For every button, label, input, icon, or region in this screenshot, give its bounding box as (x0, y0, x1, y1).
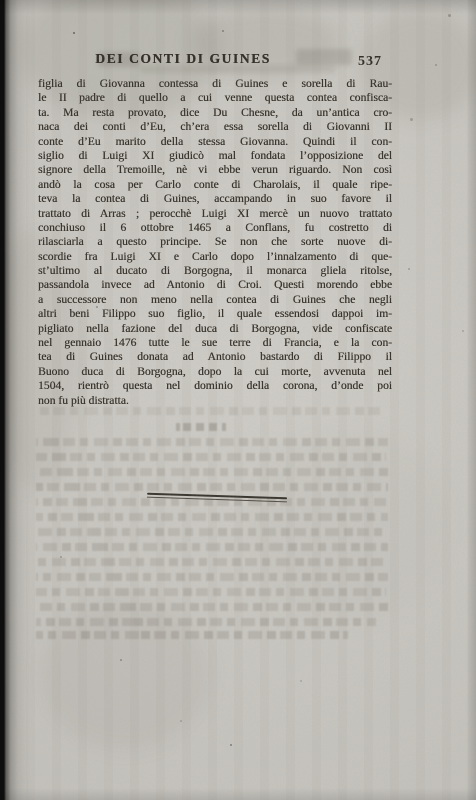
text-line: trattato di Arras ; perocchè Luigi XI me… (38, 207, 392, 221)
paper-speck (230, 744, 232, 746)
text-line: le II padre di quello a cui venne questa… (38, 91, 392, 105)
bleed-through-line (36, 513, 388, 521)
page-edge-shadow-top (0, 0, 476, 14)
text-line: passandola invece ad Antonio di Croi. Qu… (38, 278, 392, 292)
text-line: scordie fra Luigi XI e Carlo dopo l’inna… (38, 250, 392, 264)
text-line: siglio di Luigi XI giudicò mal fondata l… (38, 149, 392, 163)
text-line: Buono duca di Borgogna, dopo la cui mort… (38, 365, 392, 379)
bleed-through-line (36, 528, 386, 536)
text-line: ta. Ma resta provato, dice Du Chesne, da… (38, 106, 392, 120)
paper-speck (408, 268, 410, 270)
text-line: conchiuso il 6 ottobre 1465 a Conflans, … (38, 221, 392, 235)
text-line: altri beni Filippo suo figlio, il quale … (38, 307, 392, 321)
paper-speck (73, 32, 75, 34)
text-line: pigliato nella fazione del duca di Borgo… (38, 322, 392, 336)
paper-speck (410, 118, 413, 121)
bleed-through-line (36, 453, 386, 461)
paper-speck (222, 30, 224, 32)
text-line: non fu più distratta. (38, 394, 392, 408)
bleed-through-line (36, 438, 388, 446)
text-line: naca dei conti d’Eu, ch’era essa sorella… (38, 120, 392, 134)
text-line: tea di Guines donata ad Antonio bastardo… (38, 350, 392, 364)
bleed-through-heading (176, 423, 226, 431)
text-line: st’ultimo al ducato di Borgogna, il mona… (38, 264, 392, 278)
paper-speck (435, 64, 437, 66)
text-line: nel gennaio 1476 tutte le sue terre di F… (38, 336, 392, 350)
bleed-through-line (36, 603, 388, 611)
text-line: andò la cosa per Carlo conte di Charolai… (38, 178, 392, 192)
paper-speck (462, 330, 464, 332)
bleed-through-line (36, 588, 386, 596)
text-line: signore della Tremoille, nè vi ebbe veru… (38, 163, 392, 177)
text-line: 1504, rientrò questa nel dominio della c… (38, 379, 392, 393)
paper-speck (60, 556, 62, 558)
text-line: figlia di Giovanna contessa di Guines e … (38, 77, 392, 91)
bleed-through-line (36, 468, 388, 476)
paper-speck (355, 96, 357, 98)
text-line: rilasciarla a questo principe. Se non ch… (38, 235, 392, 249)
paper-speck (448, 14, 451, 17)
text-line: conte d’Eu marito della stessa Giovanna.… (38, 135, 392, 149)
paper-speck (180, 720, 182, 722)
bleed-through-line (36, 631, 348, 639)
text-line: teva la contea di Guines, accampando in … (38, 192, 392, 206)
running-header-title: DEI CONTI DI GUINES (38, 51, 328, 67)
text-line: a successore non meno nella contea di Gu… (38, 293, 392, 307)
page-number: 537 (336, 54, 382, 70)
bleed-through-line (36, 573, 388, 581)
page-edge-shadow-bottom (0, 788, 476, 800)
body-text: figlia di Giovanna contessa di Guines e … (38, 77, 392, 408)
paper-speck (120, 659, 122, 661)
bleed-through-line (36, 618, 376, 626)
paper-speck (96, 306, 98, 308)
bleed-through-line (36, 558, 386, 566)
book-page-scan: DEI CONTI DI GUINES 537 figlia di Giovan… (0, 0, 476, 800)
bleed-through-line (36, 543, 388, 551)
bleed-through-line (36, 483, 388, 491)
paper-speck (300, 680, 302, 682)
page-gutter-shadow (0, 0, 30, 800)
page-edge-shadow-right (466, 0, 476, 800)
bleed-through-line (40, 407, 384, 415)
